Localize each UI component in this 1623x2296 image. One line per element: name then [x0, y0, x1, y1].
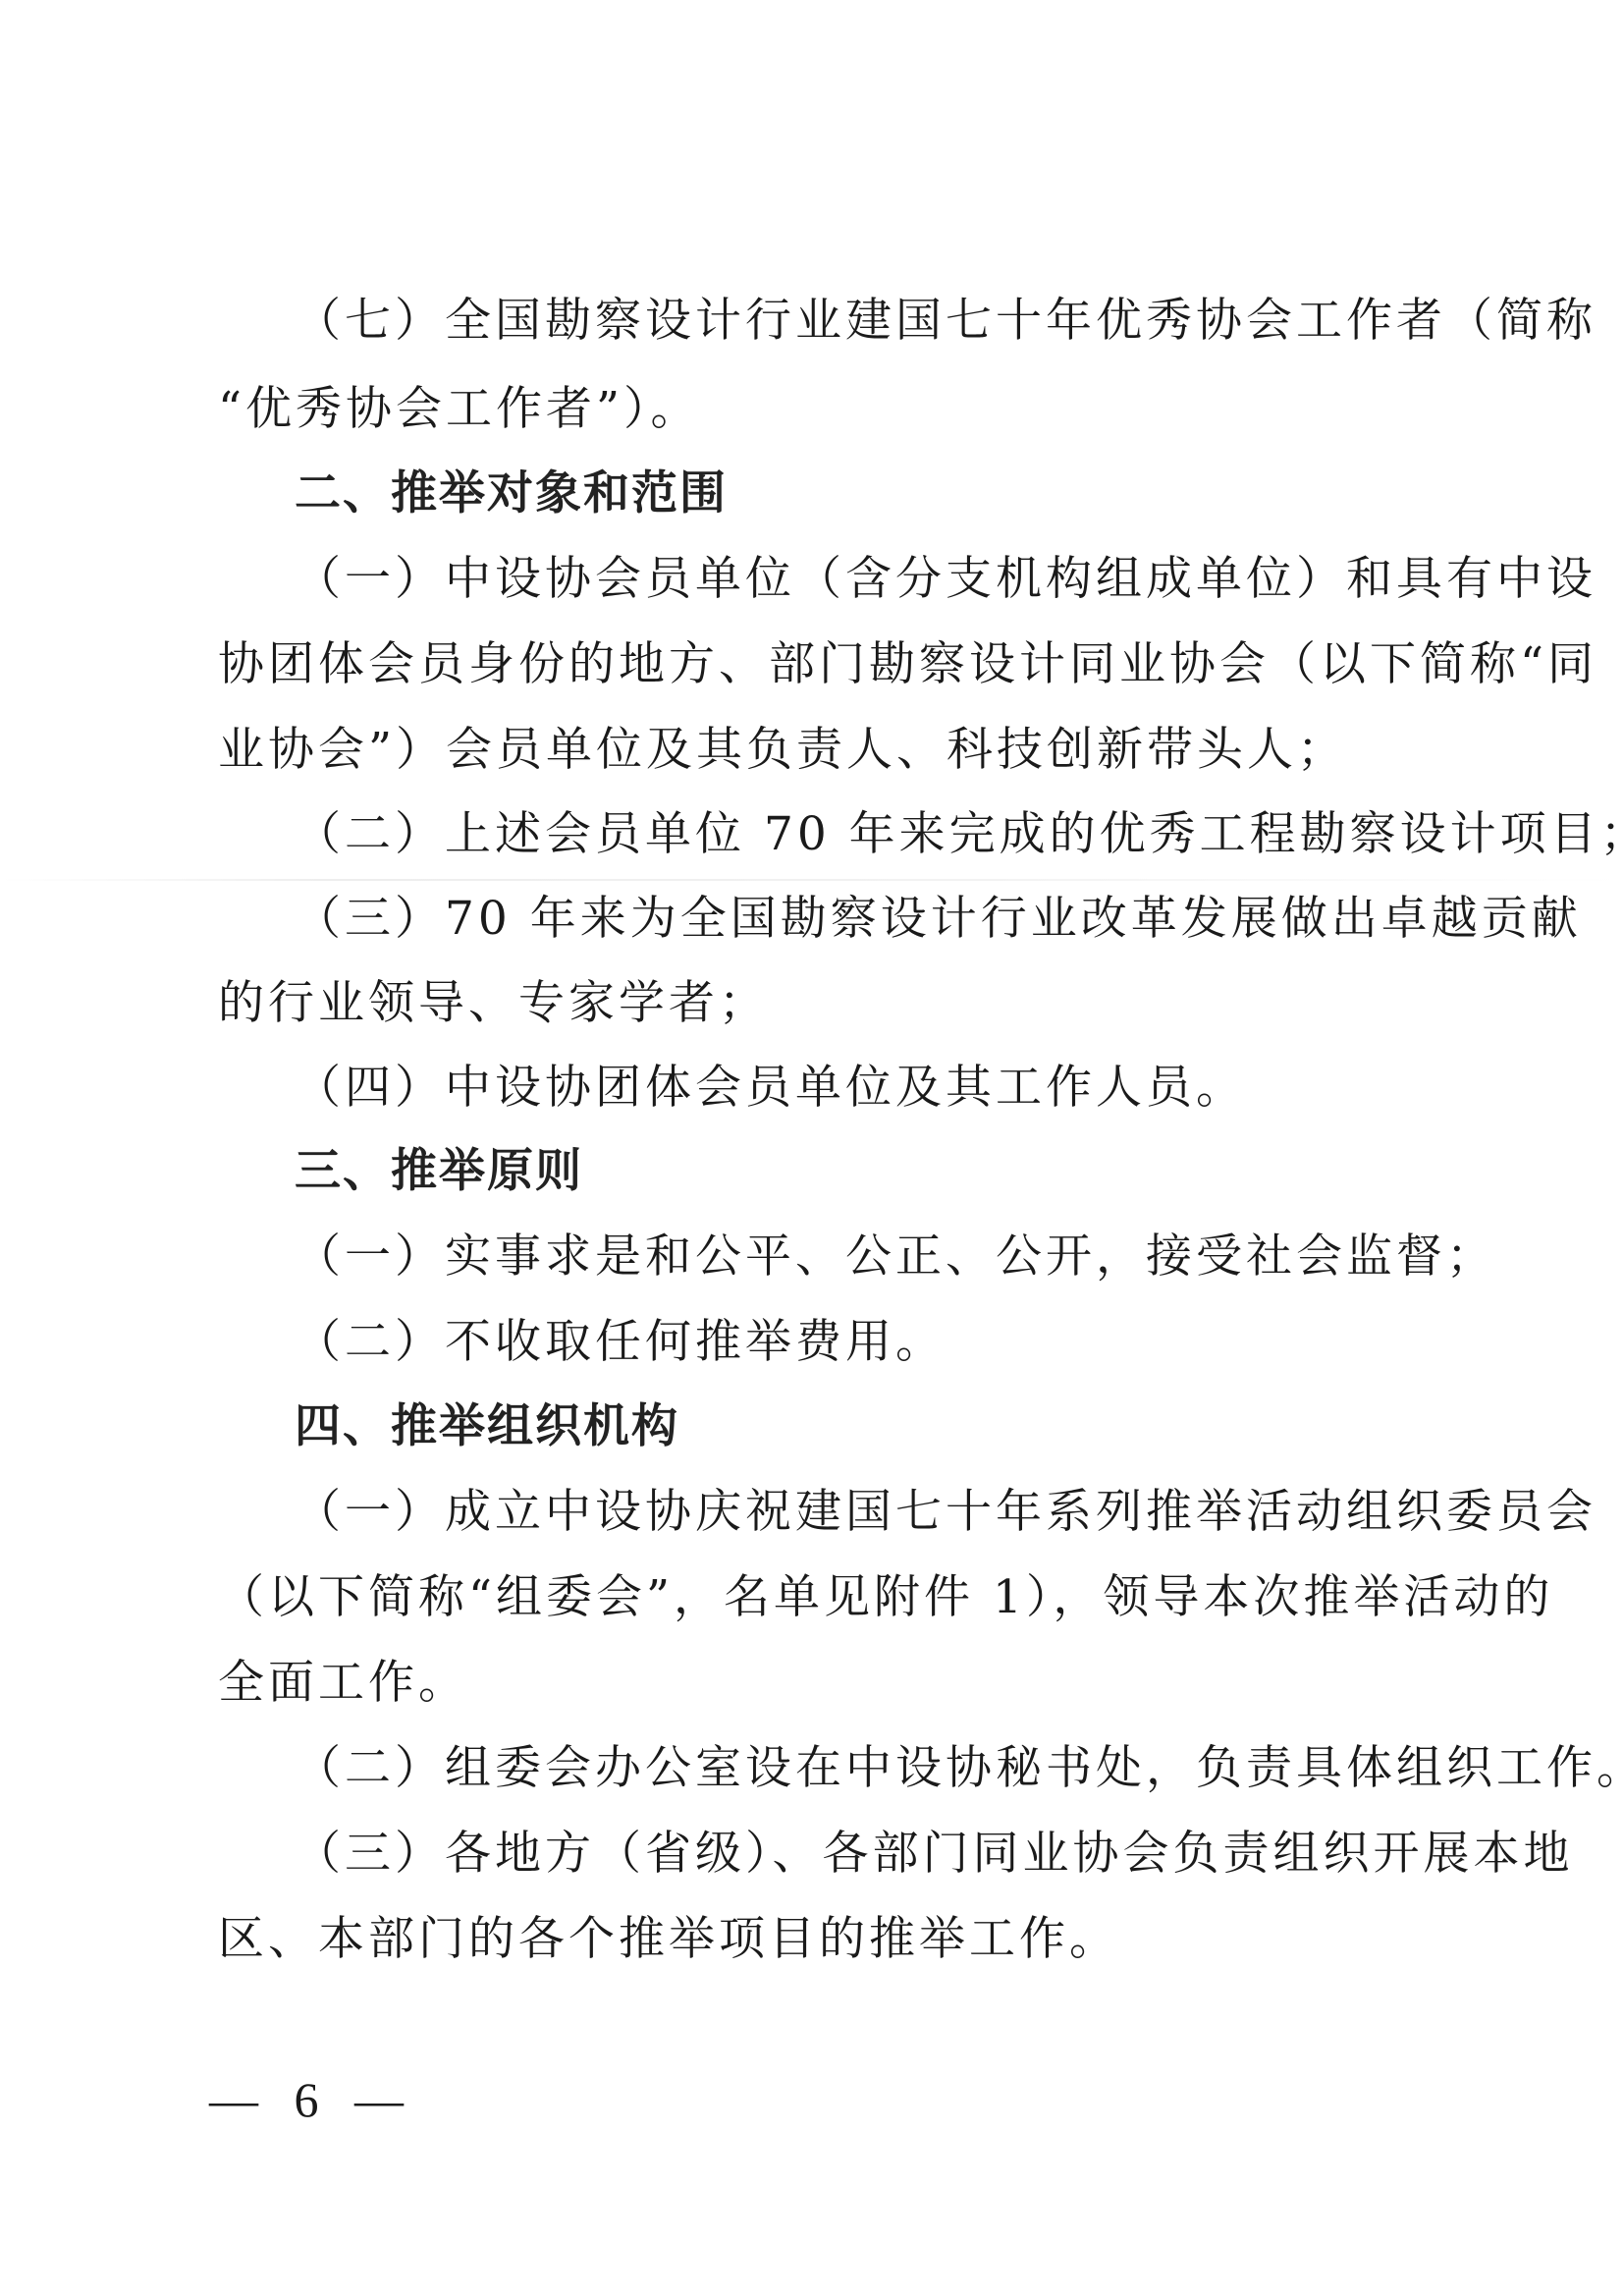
section-heading: 三、推举原则: [295, 1142, 1412, 1201]
paragraph-line: “优秀协会工作者”）。: [218, 380, 1412, 439]
paragraph-line: 全面工作。: [218, 1654, 1412, 1713]
paragraph-line: 的行业领导、专家学者；: [218, 974, 1412, 1033]
paragraph-line: （一）实事求是和公平、公正、公开，接受社会监督；: [295, 1228, 1412, 1286]
section-heading: 二、推举对象和范围: [295, 465, 1412, 523]
section-heading: 四、推举组织机构: [295, 1397, 1412, 1456]
paragraph-line: 协团体会员身份的地方、部门勘察设计同业协会（以下简称“同: [218, 635, 1412, 694]
scan-artifact: [0, 879, 1623, 881]
paragraph-line: （三）各地方（省级）、各部门同业协会负责组织开展本地: [295, 1825, 1412, 1884]
paragraph-line: （二）上述会员单位 70 年来完成的优秀工程勘察设计项目；: [295, 805, 1412, 864]
paragraph-line: 业协会”）会员单位及其负责人、科技创新带头人；: [218, 721, 1412, 780]
paragraph-line: （二）组委会办公室设在中设协秘书处，负责具体组织工作。: [295, 1739, 1412, 1798]
paragraph-line: （一）成立中设协庆祝建国七十年系列推举活动组织委员会: [295, 1483, 1412, 1542]
paragraph-line: （二）不收取任何推举费用。: [295, 1313, 1412, 1372]
paragraph-line: （四）中设协团体会员单位及其工作人员。: [295, 1059, 1412, 1118]
paragraph-line: （一）中设协会员单位（含分支机构组成单位）和具有中设: [295, 550, 1412, 609]
page-number: — 6 —: [209, 2070, 415, 2129]
paragraph-line: （以下简称“组委会”，名单见附件 1），领导本次推举活动的: [218, 1568, 1412, 1627]
paragraph-line: （七）全国勘察设计行业建国七十年优秀协会工作者（简称: [295, 292, 1412, 351]
paragraph-line: 区、本部门的各个推举项目的推举工作。: [218, 1910, 1412, 1969]
paragraph-line: （三）70 年来为全国勘察设计行业改革发展做出卓越贡献: [295, 890, 1412, 949]
